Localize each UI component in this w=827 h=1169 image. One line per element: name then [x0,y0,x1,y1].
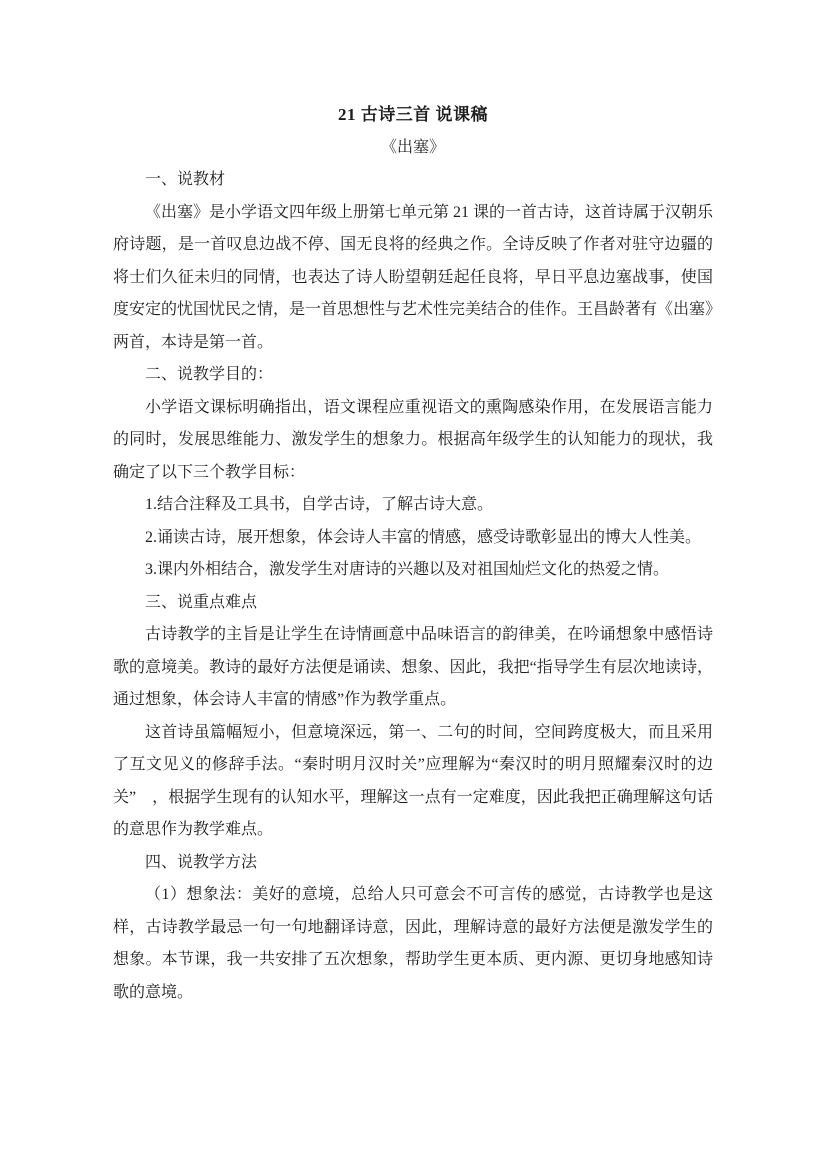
paragraph: 这首诗虽篇幅短小，但意境深远，第一、二句的时间，空间跨度极大，而且采用了互文见义… [113,717,713,847]
document-page: 21 古诗三首 说课稿 《出塞》 一、说教材《出塞》是小学语文四年级上册第七单元… [0,0,827,1169]
paragraph: 小学语文课标明确指出，语文课程应重视语文的熏陶感染作用，在发展语言能力的同时，发… [113,392,713,490]
paragraph: 2.诵读古诗，展开想象，体会诗人丰富的情感，感受诗歌彰显出的博大人性美。 [113,522,713,555]
paragraph: 《出塞》是小学语文四年级上册第七单元第 21 课的一首古诗，这首诗属于汉朝乐府诗… [113,197,713,360]
section-heading: 一、说教材 [113,164,713,197]
document-subtitle: 《出塞》 [113,132,713,165]
paragraph: 1.结合注释及工具书，自学古诗，了解古诗大意。 [113,489,713,522]
section-heading: 四、说教学方法 [113,847,713,880]
document-body: 一、说教材《出塞》是小学语文四年级上册第七单元第 21 课的一首古诗，这首诗属于… [113,164,713,1009]
section-heading: 三、说重点难点 [113,587,713,620]
document-title: 21 古诗三首 说课稿 [113,99,713,132]
paragraph: 古诗教学的主旨是让学生在诗情画意中品味语言的韵律美，在吟诵想象中感悟诗歌的意境美… [113,619,713,717]
paragraph: （1）想象法：美好的意境，总给人只可意会不可言传的感觉，古诗教学也是这样，古诗教… [113,879,713,1009]
section-heading: 二、说教学目的： [113,359,713,392]
paragraph: 3.课内外相结合，激发学生对唐诗的兴趣以及对祖国灿烂文化的热爱之情。 [113,554,713,587]
